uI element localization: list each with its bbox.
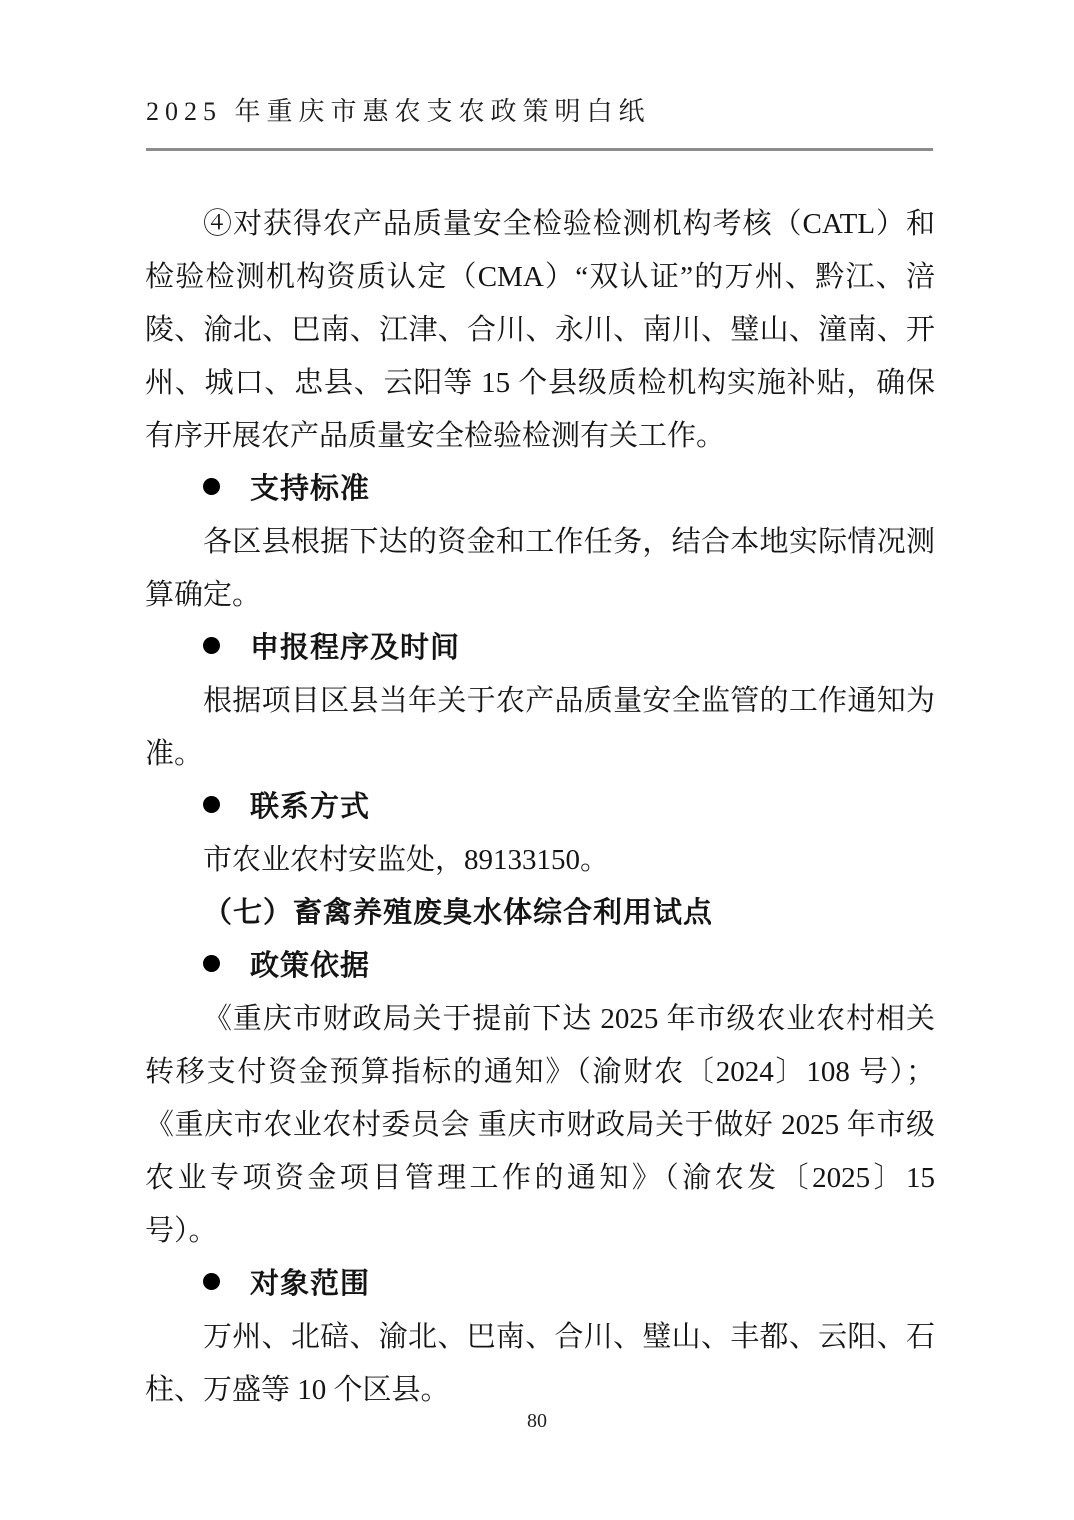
- bullet-heading-label: 支持标准: [250, 473, 370, 505]
- bullet-heading-label: 对象范围: [250, 1268, 370, 1300]
- bullet-heading-label: 政策依据: [250, 950, 370, 982]
- paragraph: 万州、北碚、渝北、巴南、合川、璧山、丰都、云阳、石柱、万盛等 10 个区县。: [145, 1311, 935, 1417]
- bullet-heading-label: 联系方式: [250, 791, 370, 823]
- page-header: 2025 年重庆市惠农支农政策明白纸: [146, 94, 933, 130]
- paragraph: 市农业农村安监处，89133150。: [145, 834, 935, 887]
- paragraph: ④对获得农产品质量安全检验检测机构考核（CATL）和检验检测机构资质认定（CMA…: [145, 198, 935, 463]
- bullet-heading: 联系方式: [145, 781, 935, 834]
- bullet-heading: 政策依据: [145, 940, 935, 993]
- paragraph: 各区县根据下达的资金和工作任务，结合本地实际情况测算确定。: [145, 516, 935, 622]
- header-title: 2025 年重庆市惠农支农政策明白纸: [146, 94, 933, 130]
- bullet-heading-label: 申报程序及时间: [250, 632, 460, 664]
- paragraph: 根据项目区县当年关于农产品质量安全监管的工作通知为准。: [145, 675, 935, 781]
- bullet-icon: [203, 637, 220, 654]
- section-subheading: （七）畜禽养殖废臭水体综合利用试点: [145, 887, 935, 940]
- bullet-icon: [203, 1273, 220, 1290]
- bullet-icon: [203, 796, 220, 813]
- paragraph: 《重庆市财政局关于提前下达 2025 年市级农业农村相关转移支付资金预算指标的通…: [145, 993, 935, 1258]
- bullet-heading: 申报程序及时间: [145, 622, 935, 675]
- document-body: ④对获得农产品质量安全检验检测机构考核（CATL）和检验检测机构资质认定（CMA…: [145, 198, 935, 1417]
- bullet-heading: 支持标准: [145, 463, 935, 516]
- bullet-heading: 对象范围: [145, 1258, 935, 1311]
- document-page: 2025 年重庆市惠农支农政策明白纸 ④对获得农产品质量安全检验检测机构考核（C…: [0, 0, 1074, 1520]
- page-number: 80: [0, 1410, 1074, 1433]
- header-rule-divider: [146, 148, 933, 151]
- bullet-icon: [203, 478, 220, 495]
- bullet-icon: [203, 955, 220, 972]
